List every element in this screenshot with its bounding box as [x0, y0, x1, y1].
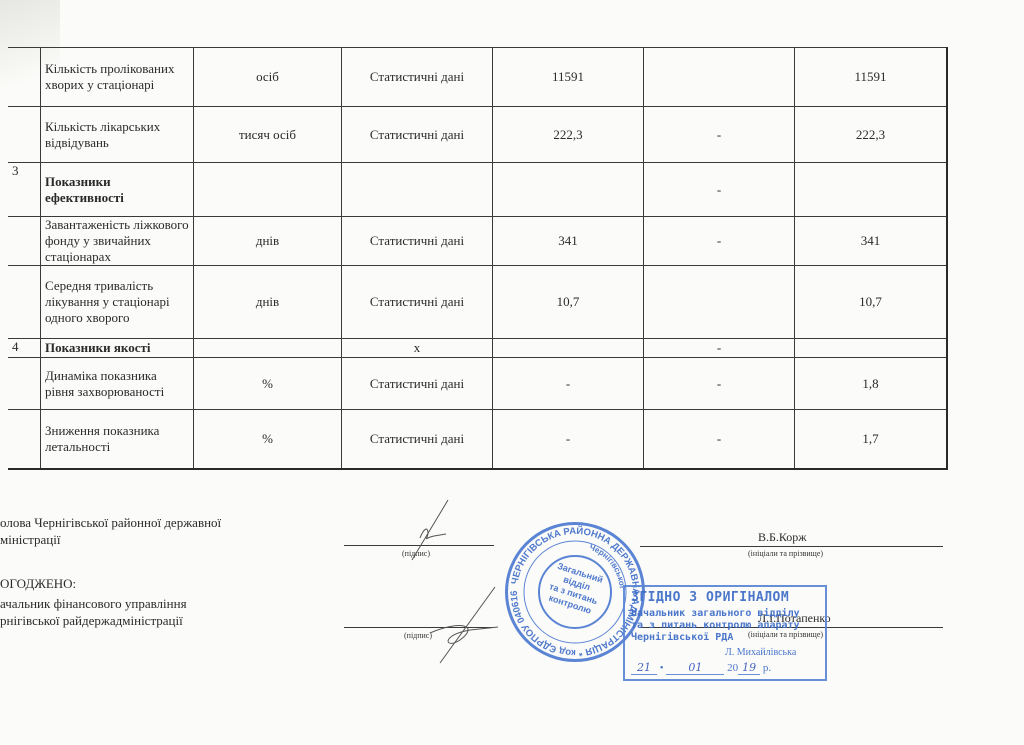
row-number [8, 358, 41, 410]
source-cell: Статистичні дані [342, 358, 493, 410]
unit-cell [194, 163, 342, 217]
certified-stamp-title: ЗГІДНО З ОРИГІНАЛОМ [631, 590, 789, 605]
value-3-cell: 341 [795, 217, 948, 266]
table-row: 4Показники якостіх- [8, 339, 947, 358]
head-name: В.Б.Корж [758, 530, 807, 545]
value-3-cell: 222,3 [795, 107, 948, 163]
value-3-cell: 10,7 [795, 266, 948, 339]
indicator-name: Показники ефективності [41, 163, 194, 217]
value-3-cell: 1,8 [795, 358, 948, 410]
value-3-cell: 11591 [795, 48, 948, 107]
value-1-cell: 222,3 [493, 107, 644, 163]
table-row: Зниження показника летальності%Статистич… [8, 410, 947, 470]
certified-stamp-date: 21 • 01 2019 р. [631, 661, 771, 674]
value-1-cell: - [493, 410, 644, 470]
source-cell: Статистичні дані [342, 107, 493, 163]
unit-cell: % [194, 410, 342, 470]
unit-cell: днів [194, 217, 342, 266]
row-number [8, 410, 41, 470]
indicator-name: Середня тривалість лікування у стаціонар… [41, 266, 194, 339]
stamp-date-year-suffix: 19 [738, 661, 760, 675]
value-2-cell: - [644, 358, 795, 410]
source-cell: Статистичні дані [342, 266, 493, 339]
indicator-name: Динаміка показника рівня захворюваності [41, 358, 194, 410]
unit-cell: % [194, 358, 342, 410]
certified-stamp-line2: та з питань контролю апарату [631, 620, 800, 631]
value-2-cell [644, 266, 795, 339]
value-2-cell: - [644, 107, 795, 163]
stamp-date-year-prefix: 20 [727, 662, 738, 674]
value-3-cell [795, 163, 948, 217]
value-1-cell [493, 339, 644, 358]
certified-stamp-person: Л. Михайлівська [725, 647, 796, 658]
head-signature-scribble [390, 498, 460, 568]
certified-stamp-line3: Чернігівської РДА [631, 632, 733, 643]
agreed-signature-scribble [400, 585, 500, 665]
head-name-line [640, 546, 943, 547]
source-cell [342, 163, 493, 217]
head-title-line2: міністрації [0, 531, 221, 548]
round-stamp-inner-circle: Загальнийвідділта з питаньконтролю [538, 555, 612, 629]
source-cell: Статистичні дані [342, 48, 493, 107]
head-name-caption: (ініціали та прізвище) [748, 549, 823, 558]
row-number [8, 217, 41, 266]
table-row: Середня тривалість лікування у стаціонар… [8, 266, 947, 339]
value-3-cell [795, 339, 948, 358]
value-1-cell [493, 163, 644, 217]
agreed-title: ачальник фінансового управління рнігівсь… [0, 595, 187, 629]
indicator-name: Зниження показника летальності [41, 410, 194, 470]
value-1-cell: - [493, 358, 644, 410]
unit-cell: тисяч осіб [194, 107, 342, 163]
source-cell: х [342, 339, 493, 358]
unit-cell [194, 339, 342, 358]
unit-cell: днів [194, 266, 342, 339]
value-2-cell [644, 48, 795, 107]
value-2-cell: - [644, 163, 795, 217]
row-number [8, 48, 41, 107]
head-title-line1: олова Чернігівської районної державної [0, 514, 221, 531]
table-row: Динаміка показника рівня захворюваності%… [8, 358, 947, 410]
agreed-title-line2: рнігівської райдержадміністрації [0, 612, 187, 629]
value-1-cell: 10,7 [493, 266, 644, 339]
value-2-cell: - [644, 339, 795, 358]
value-1-cell: 11591 [493, 48, 644, 107]
value-2-cell: - [644, 217, 795, 266]
value-2-cell: - [644, 410, 795, 470]
row-number [8, 107, 41, 163]
value-3-cell: 1,7 [795, 410, 948, 470]
value-1-cell: 341 [493, 217, 644, 266]
unit-cell: осіб [194, 48, 342, 107]
head-title: олова Чернігівської районної державної м… [0, 514, 221, 548]
agreed-heading: ОГОДЖЕНО: [0, 575, 76, 592]
indicator-name: Показники якості [41, 339, 194, 358]
stamp-date-day: 21 [631, 661, 657, 675]
row-number: 3 [8, 163, 41, 217]
source-cell: Статистичні дані [342, 410, 493, 470]
row-number [8, 266, 41, 339]
row-number: 4 [8, 339, 41, 358]
table-row: Завантаженість ліжкового фонду у звичайн… [8, 217, 947, 266]
stamp-date-month: 01 [666, 661, 724, 675]
indicator-name: Кількість пролікованих хворих у стаціона… [41, 48, 194, 107]
certified-copy-stamp: ЗГІДНО З ОРИГІНАЛОМ Начальник загального… [623, 585, 827, 681]
table-row: Кількість пролікованих хворих у стаціона… [8, 48, 947, 107]
source-cell: Статистичні дані [342, 217, 493, 266]
agreed-title-line1: ачальник фінансового управління [0, 595, 187, 612]
indicator-name: Кількість лікарських відвідувань [41, 107, 194, 163]
indicators-table: Кількість пролікованих хворих у стаціона… [8, 47, 948, 470]
table-row: 3Показники ефективності- [8, 163, 947, 217]
indicator-name: Завантаженість ліжкового фонду у звичайн… [41, 217, 194, 266]
stamp-date-r: р. [763, 662, 771, 674]
table-row: Кількість лікарських відвідуваньтисяч ос… [8, 107, 947, 163]
certified-stamp-line1: Начальник загального відділу [631, 608, 800, 619]
